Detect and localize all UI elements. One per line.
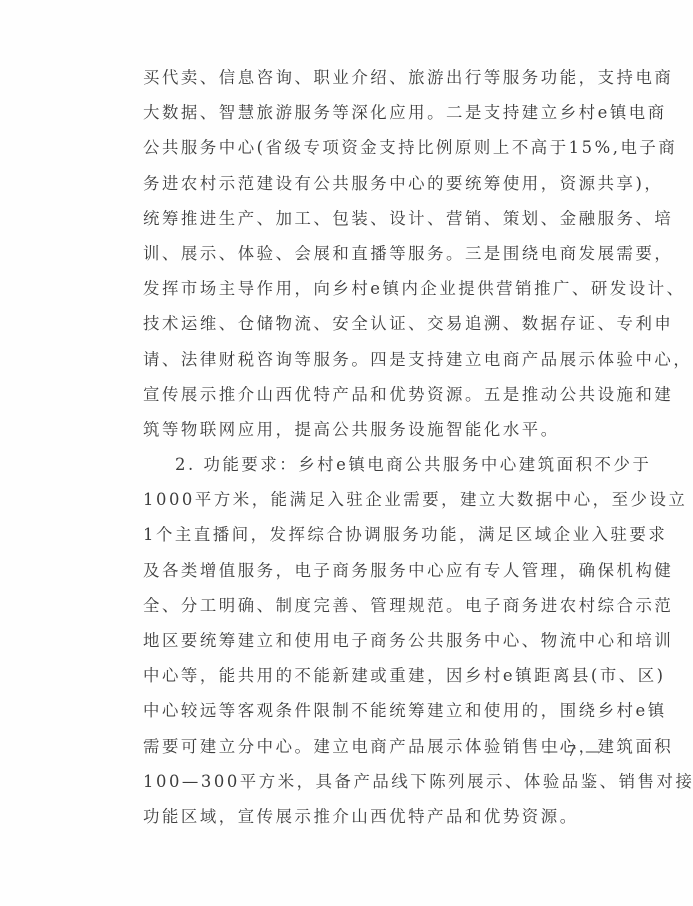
text-line: 发挥市场主导作用，向乡村e镇内企业提供营销推广、研发设计、 [143, 271, 597, 306]
text-line: 筑等物联网应用，提高公共服务设施智能化水平。 [143, 412, 597, 447]
text-line: 请、法律财税咨询等服务。四是支持建立电商产品展示体验中心， [143, 342, 597, 377]
text-line: 宣传展示推介山西优特产品和优势资源。五是推动公共设施和建 [143, 377, 597, 412]
text-line: 全、分工明确、制度完善、管理规范。电子商务进农村综合示范 [143, 588, 597, 623]
text-line: 训、展示、体验、会展和直播等服务。三是围绕电商发展需要， [143, 236, 597, 271]
text-line: 地区要统筹建立和使用电子商务公共服务中心、物流中心和培训 [143, 623, 597, 658]
document-page: 买代卖、信息咨询、职业介绍、旅游出行等服务功能，支持电商 大数据、智慧旅游服务等… [0, 0, 693, 906]
text-line: 中心较远等客观条件限制不能统筹建立和使用的，围绕乡村e镇 [143, 693, 597, 728]
text-line: 需要可建立分中心。建立电商产品展示体验销售中心，建筑面积 [143, 729, 597, 764]
text-line: 1个主直播间，发挥综合协调服务功能，满足区域企业入驻要求 [143, 517, 597, 552]
text-line: 大数据、智慧旅游服务等深化应用。二是支持建立乡村e镇电商 [143, 95, 597, 130]
text-line: 统筹推进生产、加工、包装、设计、营销、策划、金融服务、培 [143, 201, 597, 236]
paragraph-heading-line: 2. 功能要求：乡村e镇电商公共服务中心建筑面积不少于 [143, 447, 597, 482]
text-line: 及各类增值服务，电子商务服务中心应有专人管理，确保机构健 [143, 553, 597, 588]
page-number: — 7 — [543, 742, 602, 760]
text-line: 买代卖、信息咨询、职业介绍、旅游出行等服务功能，支持电商 [143, 60, 597, 95]
body-text: 买代卖、信息咨询、职业介绍、旅游出行等服务功能，支持电商 大数据、智慧旅游服务等… [143, 60, 597, 834]
text-line: 公共服务中心(省级专项资金支持比例原则上不高于15%,电子商 [143, 130, 597, 165]
text-line: 功能区域，宣传展示推介山西优特产品和优势资源。 [143, 799, 597, 834]
text-line: 中心等，能共用的不能新建或重建，因乡村e镇距离县(市、区) [143, 658, 597, 693]
text-line: 100—300平方米，具备产品线下陈列展示、体验品鉴、销售对接 [143, 764, 597, 799]
text-line: 技术运维、仓储物流、安全认证、交易追溯、数据存证、专利申 [143, 306, 597, 341]
text-line: 务进农村示范建设有公共服务中心的要统筹使用，资源共享)， [143, 166, 597, 201]
text-line: 1000平方米，能满足入驻企业需要，建立大数据中心，至少设立 [143, 482, 597, 517]
